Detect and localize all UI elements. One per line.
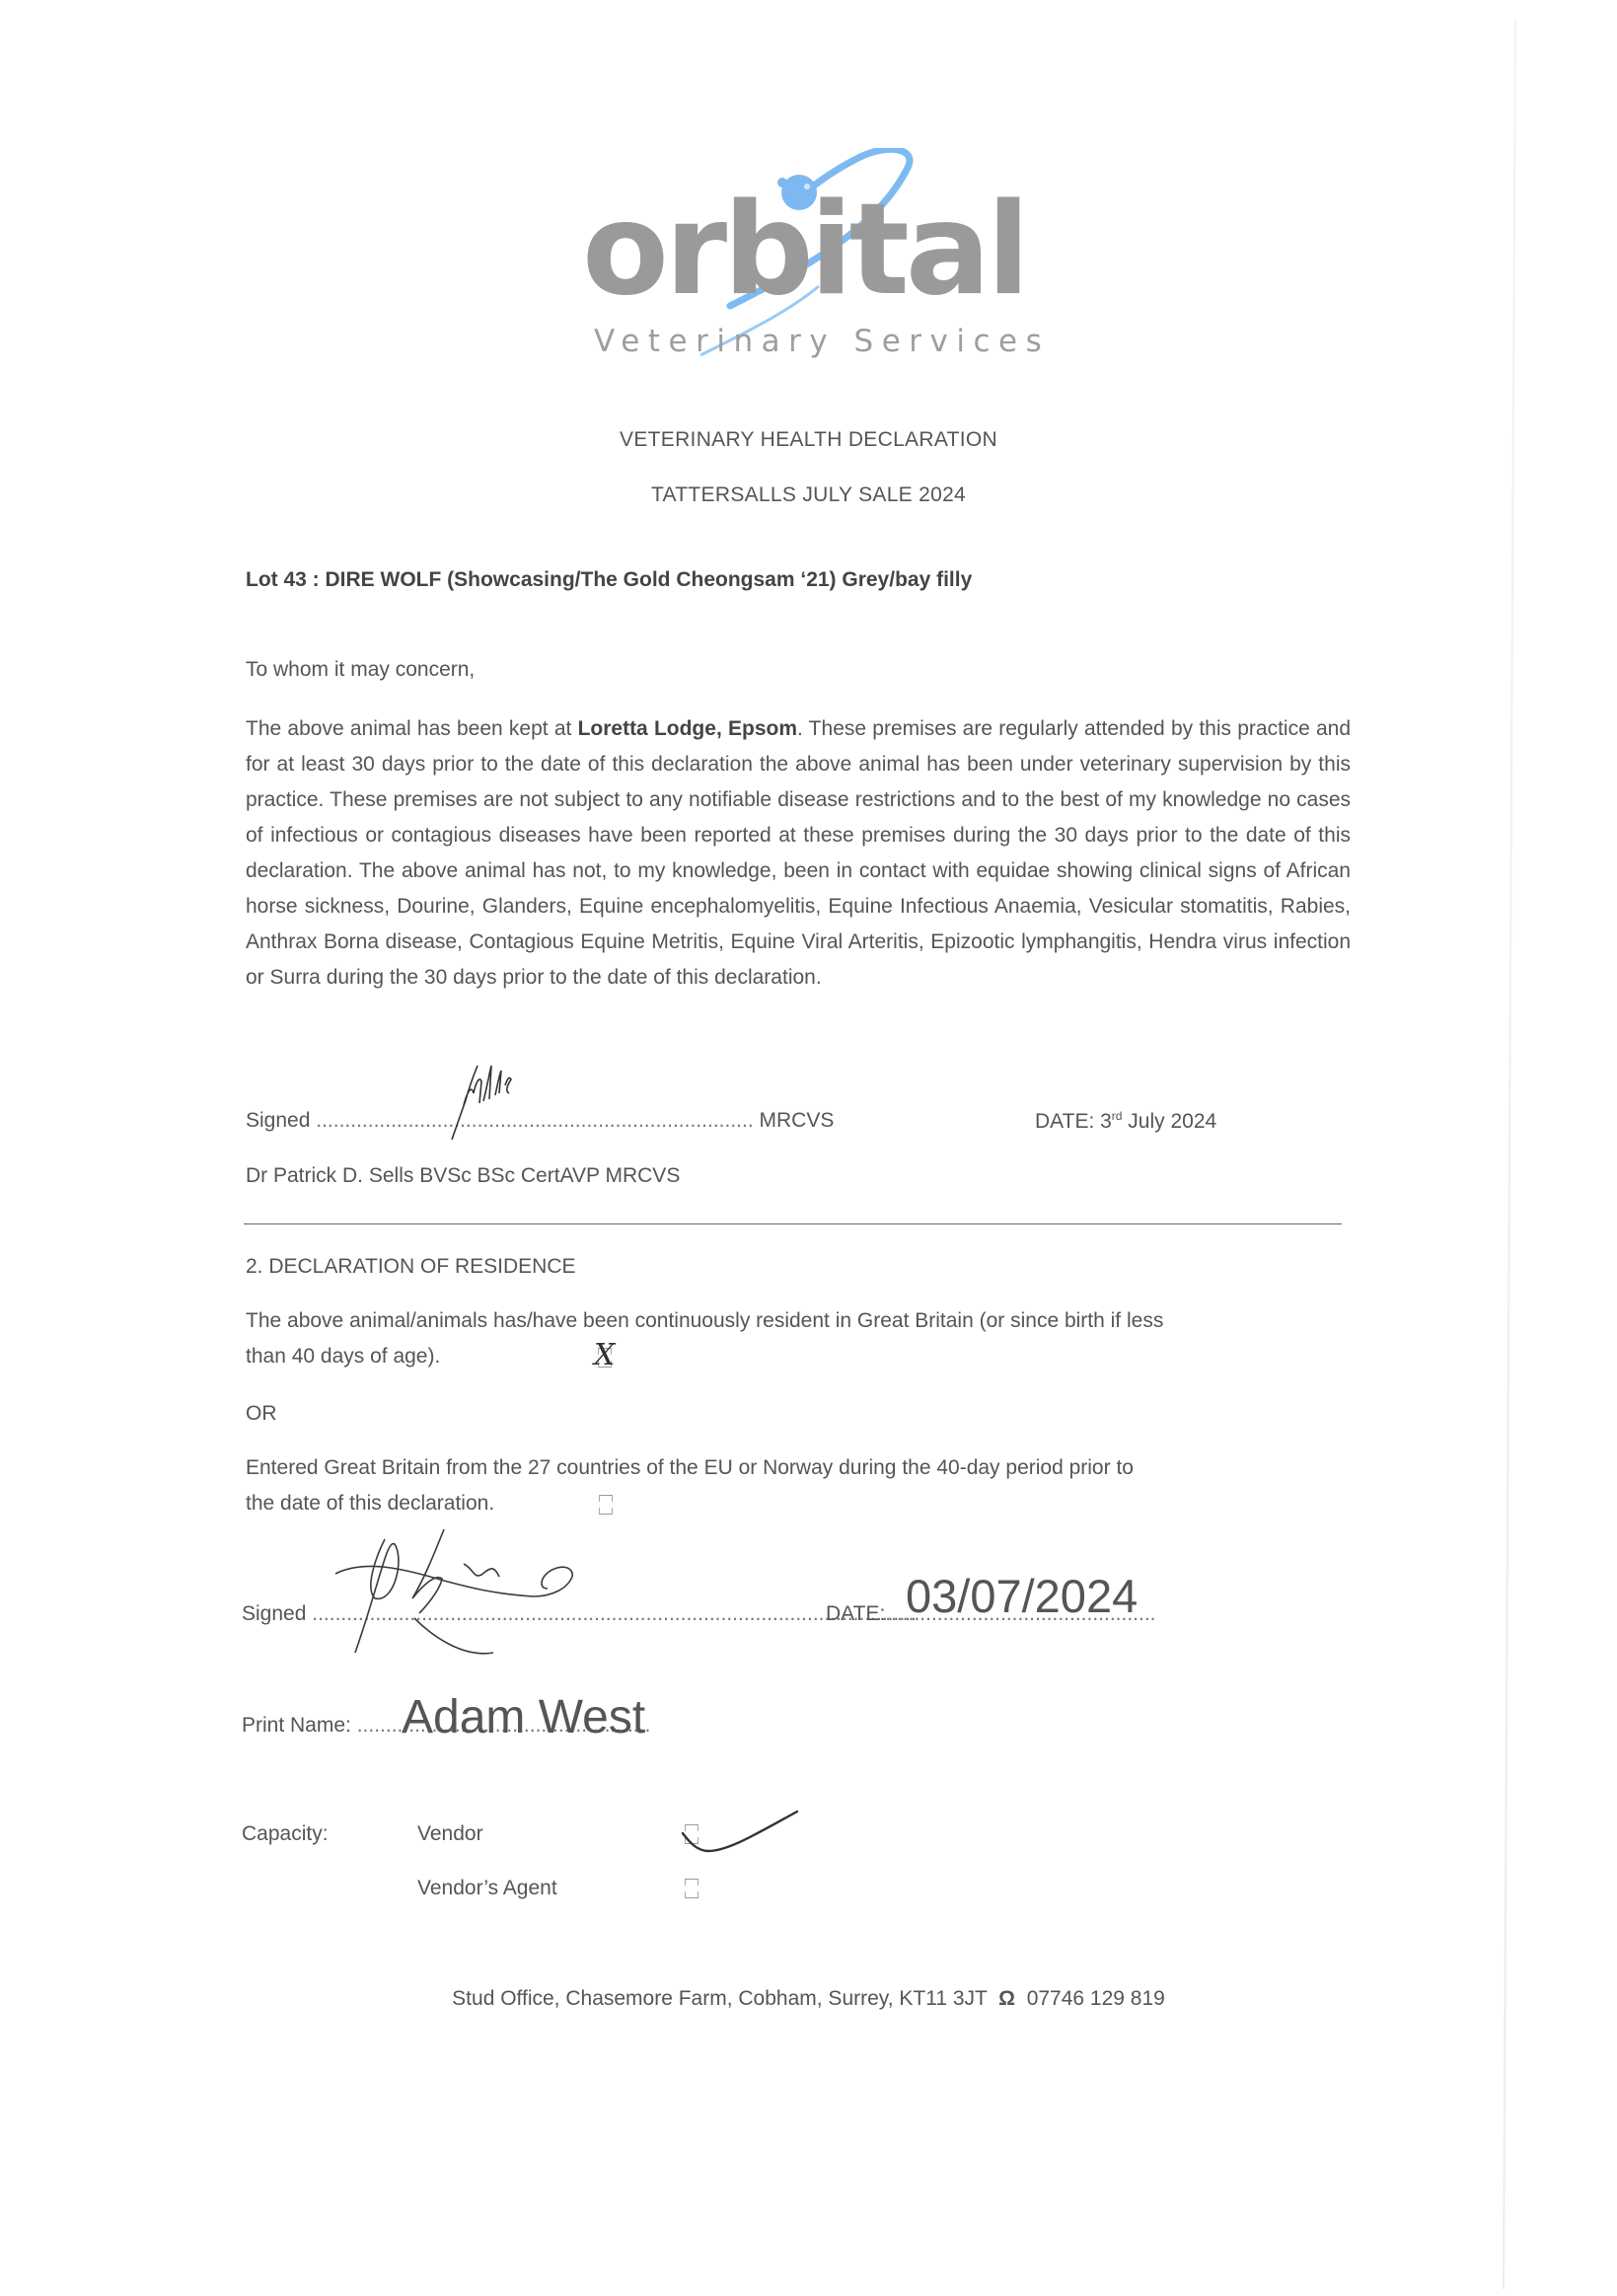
residence-option1-line1: The above animal/animals has/have been c…	[246, 1309, 1163, 1333]
premises-name: Loretta Lodge, Epsom	[578, 717, 797, 740]
vet-signed-suffix: MRCVS	[760, 1109, 835, 1132]
capacity-vendor-label: Vendor	[417, 1822, 483, 1846]
footer-address: Stud Office, Chasemore Farm, Cobham, Sur…	[452, 1987, 987, 2010]
vet-signed-label: Signed	[246, 1109, 310, 1132]
residence-option2-checkbox[interactable]	[599, 1495, 613, 1515]
vet-signature-scribble	[434, 1046, 543, 1145]
vendor-date-value[interactable]: 03/07/2024	[906, 1569, 1138, 1623]
or-label: OR	[246, 1402, 277, 1426]
capacity-agent-label: Vendor’s Agent	[417, 1877, 557, 1900]
document-title: VETERINARY HEALTH DECLARATION	[0, 428, 1617, 452]
residence-option1-line2: than 40 days of age).	[246, 1345, 440, 1369]
print-name-value[interactable]: Adam West	[402, 1690, 645, 1744]
print-name-label: Print Name:	[242, 1714, 351, 1737]
phone-omega-icon: Ω	[998, 1987, 1015, 2010]
residence-heading: 2. DECLARATION OF RESIDENCE	[246, 1255, 576, 1279]
lot-description: Lot 43 : DIRE WOLF (Showcasing/The Gold …	[246, 568, 972, 592]
residence-option2-line2: the date of this declaration.	[246, 1492, 494, 1516]
vet-name: Dr Patrick D. Sells BVSc BSc CertAVP MRC…	[246, 1164, 680, 1188]
checkmark-icon	[679, 1806, 807, 1865]
x-mark-icon: X	[594, 1338, 615, 1372]
footer-phone: 07746 129 819	[1027, 1987, 1165, 2010]
capacity-label: Capacity:	[242, 1822, 329, 1846]
orbital-logo: orbital Veterinary Services	[582, 148, 1016, 375]
residence-option2-line1: Entered Great Britain from the 27 countr…	[246, 1456, 1134, 1480]
vendor-signed-label: Signed	[242, 1602, 306, 1625]
section-divider	[244, 1223, 1342, 1224]
vendor-signature-scribble	[326, 1519, 592, 1667]
logo-subtitle: Veterinary Services	[594, 324, 1050, 359]
vet-date: DATE: 3rd July 2024	[1035, 1109, 1216, 1134]
logo-wordmark: orbital	[582, 187, 1026, 314]
capacity-agent-checkbox[interactable]	[685, 1879, 698, 1898]
sale-title: TATTERSALLS JULY SALE 2024	[0, 483, 1617, 507]
salutation: To whom it may concern,	[246, 658, 475, 682]
declaration-paragraph: The above animal has been kept at Lorett…	[246, 711, 1351, 996]
document-page: orbital Veterinary Services VETERINARY H…	[0, 0, 1617, 2296]
scan-edge-line	[1503, 20, 1516, 2289]
footer-address-line: Stud Office, Chasemore Farm, Cobham, Sur…	[0, 1987, 1617, 2011]
